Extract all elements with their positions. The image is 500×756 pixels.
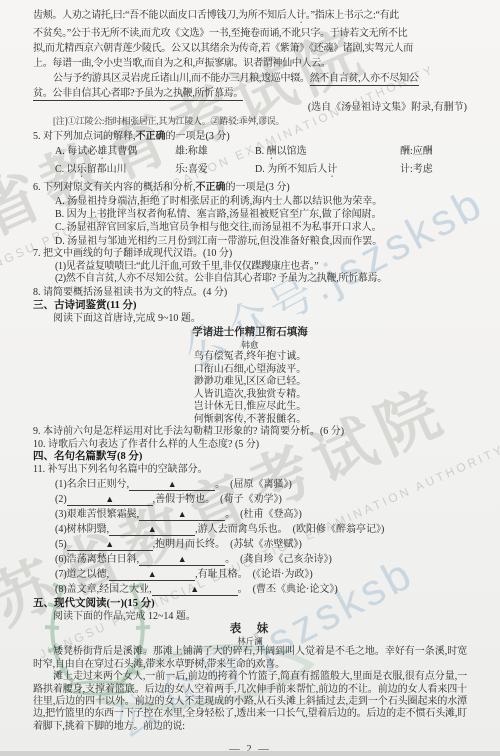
- blank-pre: (1)名余曰正则兮,: [55, 479, 129, 490]
- blank-row-6: (6)浩荡离愁白日斜,▲。(龚自珍《己亥杂诗》): [33, 552, 467, 567]
- option-c-gloss: 乐:喜爱: [175, 162, 255, 180]
- blank-post: ,抱明月而长终。: [153, 539, 226, 550]
- blank-post: 。: [215, 479, 225, 490]
- option-d-gloss: 计:考虑: [400, 162, 467, 180]
- blank-post: ,游人去而禽鸟乐也。: [195, 524, 288, 535]
- section-3-poetry: 三、古诗词鉴赏(11 分) 阅读下面这首唐诗,完成 9~10 题。 学诸进士作精…: [33, 299, 467, 451]
- passage-line: 贫。公非自信其心者耶?予虽为之执鞭,所忻慕焉。: [33, 86, 467, 101]
- classical-passage: 齿颊。人劝之请托,曰:“吾不能以面皮口舌博钱刀,为所不知后人计。”指床上书示之:…: [33, 8, 467, 129]
- blank-source: (苏轼《赤壁赋》): [230, 539, 302, 550]
- option-text: 留都山川: [87, 164, 127, 175]
- passage-text: 。”指床上书示之:“有此: [306, 10, 399, 21]
- question-6: 6. 下列对原文有关内容的概括和分析,不正确的一项是(3 分) A. 汤显祖持身…: [33, 180, 467, 248]
- passage-source: (选自《汤显祖诗文集》附录,有删节): [33, 101, 467, 114]
- story-title: 表 妹: [33, 623, 467, 636]
- emphasized-char: 计: [296, 10, 306, 21]
- blank-row-7: (7)道之以德,▲,有耻且格。(《论语·为政》): [33, 567, 467, 582]
- question-5-stem: 5. 对下列加点词的解释,不正确的一项是(3 分): [33, 129, 467, 144]
- poem-title: 学诸进士作精卫衔石填海: [33, 326, 467, 340]
- blank-row-5: (5)▲,抱明月而长终。(苏轼《赤壁赋》): [33, 537, 467, 552]
- question-number: 10.: [33, 439, 46, 450]
- translation-item-2: (2)然不自言贫,人亦不尽知公贫。公非自信其心者耶? 予虽为之执鞭,所忻慕焉。: [33, 273, 467, 286]
- blank-pre: (6)浩荡离愁白日斜,: [55, 554, 139, 565]
- stem-text: 对下列加点词的解释,: [43, 131, 136, 142]
- option-b: B. 酬以馆选: [255, 144, 400, 162]
- story-paragraph: 矮凳桥街背后是溪滩。那滩上铺满了大的碎石,开阔到叫人觉着是不毛之地。幸好有一条溪…: [33, 646, 467, 671]
- question-number: 11.: [33, 464, 45, 475]
- answer-blank: ▲: [139, 554, 225, 566]
- option-d: D. 为所不知后人计: [255, 162, 400, 180]
- stem-text: 本诗前六句是怎样运用对比手法勾勒精卫形象的? 请简要分析。(6 分): [43, 426, 344, 437]
- option-label: A.: [55, 146, 65, 157]
- question-6-stem: 6. 下列对原文有关内容的概括和分析,不正确的一项是(3 分): [33, 180, 467, 195]
- question-8: 8. 请简要概括汤显祖读书为文的特点。(4 分): [33, 286, 467, 299]
- story-paragraph: 滩上走过来两个女人,一前一后,前边的挎着个竹篮子,简直有摇篮般大,里面是衣服,很…: [33, 671, 467, 733]
- blank-post: 。: [225, 554, 235, 565]
- emphasized-char: 雄: [97, 146, 107, 157]
- question-number: 8.: [33, 287, 41, 298]
- blank-pre: (8)盖文章,经国之大业,: [55, 584, 152, 595]
- option-a: A. 汤显祖持身端洁,拒绝了时相张居正的利诱,海内士人都以结识他为荣幸。: [33, 195, 467, 208]
- stem-text: 把文中画线的句子翻译成现代汉语。(10 分): [43, 248, 232, 259]
- question-5: 5. 对下列加点词的解释,不正确的一项是(3 分) A. 每试必雄其曹偶 雄:称…: [33, 129, 467, 180]
- blank-triangle-icon: ▲: [178, 554, 187, 564]
- blank-pre: (3)艰难苦恨繁霜鬓,: [55, 509, 139, 520]
- blank-pre: (7)道之以德,: [55, 569, 109, 580]
- section-5-heading: 五、现代文阅读(一)(15 分): [33, 597, 467, 610]
- underlined-sentence: 贫。公非自信其心者耶?予虽为之执鞭,所忻慕焉。: [33, 88, 243, 101]
- option-b: B. 因为上书批评当权者徇私情、塞言路,汤显祖被贬官至广东,做了徐闻尉。: [33, 208, 467, 221]
- blank-pre: (2): [55, 494, 67, 505]
- stem-bold-text: 不正确: [136, 131, 166, 142]
- poem-line: 渺渺功难见,区区命已轻。: [33, 376, 467, 389]
- blank-source: (《论语·为政》): [253, 569, 313, 580]
- blank-post: 。: [225, 509, 235, 520]
- blank-row-1: (1)名余曰正则兮,▲。(屈原《离骚》): [33, 477, 467, 492]
- story-author: 林斤澜: [33, 636, 467, 647]
- answer-blank: ▲: [139, 509, 225, 521]
- section-3-heading: 三、古诗词鉴赏(11 分): [33, 299, 467, 313]
- blank-triangle-icon: ▲: [148, 569, 157, 579]
- question-number: 9.: [33, 426, 41, 437]
- q5-option-row: C. 以乐留都山川 乐:喜爱 D. 为所不知后人计 计:考虑: [33, 162, 467, 180]
- blank-triangle-icon: ▲: [190, 584, 199, 594]
- option-b-gloss: 酬:应酬: [400, 144, 467, 162]
- blank-row-2: (2)▲,善假于物也。(荀子《劝学》): [33, 492, 467, 507]
- blank-post: 。: [238, 584, 248, 595]
- blank-triangle-icon: ▲: [105, 539, 114, 549]
- blank-source: (龚自珍《己亥杂诗》): [240, 554, 332, 565]
- option-label: B.: [255, 146, 264, 157]
- blank-triangle-icon: ▲: [105, 494, 114, 504]
- blank-source: (屈原《离骚》): [230, 479, 292, 490]
- answer-blank: ▲: [67, 539, 153, 551]
- passage-text: 齿颊。人劝之请托,曰:“吾不能以面皮口舌博钱刀,为所不知后人: [33, 10, 296, 21]
- section-4-dictation: 四、名句名篇默写(8 分) 11. 补写出下列名句名篇中的空缺部分。 (1)名余…: [33, 451, 467, 598]
- answer-blank: ▲: [109, 524, 195, 536]
- blank-triangle-icon: ▲: [148, 524, 157, 534]
- section-5-intro: 阅读下面的作品,完成 12~14 题。: [33, 610, 467, 623]
- question-number: 5.: [33, 131, 41, 142]
- blank-source: (杜甫《登高》): [240, 509, 302, 520]
- option-label: C.: [55, 164, 64, 175]
- poem-line: 岂计休无日,惟应尽此生。: [33, 401, 467, 414]
- option-c: C. 以乐留都山川: [55, 162, 175, 180]
- passage-line: 不贫矣。”公于书无所不读,而尤攻《文选》一书,至掩卷而诵,不讹只字。于诗若文无所…: [33, 26, 467, 41]
- poem-line: 人皆讥造次,我独赏专精。: [33, 389, 467, 402]
- option-c: C. 汤显祖辞官回家后,当地官员争相与他交往,而汤显祖不为私事开口求人。: [33, 221, 467, 234]
- question-9: 9. 本诗前六句是怎样运用对比手法勾勒精卫形象的? 请简要分析。(6 分): [33, 426, 467, 439]
- blank-post: ,有耻且格。: [195, 569, 248, 580]
- q5-option-row: A. 每试必雄其曹偶 雄:称雄 B. 酬以馆选 酬:应酬: [33, 144, 467, 162]
- passage-line: 公与予约游具区灵岩虎丘诸山川,而不能办三月粮,逡巡中辍。然不自言贫,人亦不尽知公: [33, 71, 467, 86]
- stem-text: 请简要概括汤显祖读书为文的特点。(4 分): [43, 287, 227, 298]
- blank-row-8: (8)盖文章,经国之大业,▲。(曹丕《典论·论文》): [33, 582, 467, 597]
- answer-blank: ▲: [152, 584, 238, 596]
- blank-source: (欧阳修《醉翁亭记》): [293, 524, 385, 535]
- poem-line: 口衔山石细,心望海波平。: [33, 364, 467, 377]
- stem-text: 的一项是(3 分): [166, 131, 230, 142]
- option-a: A. 每试必雄其曹偶: [55, 144, 175, 162]
- question-11-stem: 11. 补写出下列名句名篇中的空缺部分。: [33, 463, 467, 477]
- translation-item-1: (1)见者益复啧啧曰:“此儿汗血,可致千里,非仅仅蹀躞康庄也者。”: [33, 261, 467, 274]
- section-5-modern-reading: 五、现代文阅读(一)(15 分) 阅读下面的作品,完成 12~14 题。 表 妹…: [33, 597, 467, 733]
- option-text: 其曹偶: [107, 146, 137, 157]
- option-text: 为所不知后人: [267, 164, 327, 175]
- blank-source: (曹丕《典论·论文》): [253, 584, 338, 595]
- answer-blank: ▲: [129, 479, 215, 491]
- blank-row-3: (3)艰难苦恨繁霜鬓,▲。(杜甫《登高》): [33, 507, 467, 522]
- poem-author: 韩愈: [33, 340, 467, 352]
- poem-line: 何惭刺客传,不著报雠名。: [33, 414, 467, 427]
- stem-text: 下列对原文有关内容的概括和分析,: [43, 182, 196, 193]
- passage-line: 拟,而尤精西京六朝青莲少陵氏。公又以其绪余为传奇,若《紫箫》《还魂》诸剧,实驾元…: [33, 41, 467, 56]
- option-label: D.: [255, 164, 265, 175]
- exam-paper-page: 江苏省教育考试院 江苏省教育考试院 JIANGSU PROVINCIAL EDU…: [0, 0, 500, 756]
- blank-post: ,善假于物也。: [153, 494, 216, 505]
- answer-blank: ▲: [67, 494, 153, 506]
- emphasized-char: 乐: [77, 164, 87, 175]
- emphasized-char: 酬: [267, 146, 277, 157]
- answer-blank: ▲: [109, 569, 195, 581]
- blank-row-4: (4)树林阴翳,▲,游人去而禽鸟乐也。(欧阳修《醉翁亭记》): [33, 522, 467, 537]
- question-7-stem: 7. 把文中画线的句子翻译成现代汉语。(10 分): [33, 248, 467, 261]
- option-a-gloss: 雄:称雄: [175, 144, 255, 162]
- blank-source: (荀子《劝学》): [220, 494, 282, 505]
- option-text: 每试必: [67, 146, 97, 157]
- page-content: 齿颊。人劝之请托,曰:“吾不能以面皮口舌博钱刀,为所不知后人计。”指床上书示之:…: [0, 0, 500, 755]
- passage-line: 上。每谱一曲,令小史当歌,而自为之和,声振寥廓。识者谓神仙中人云。: [33, 56, 467, 71]
- scan-bottom-edge: [0, 751, 500, 756]
- passage-line: 齿颊。人劝之请托,曰:“吾不能以面皮口舌博钱刀,为所不知后人计。”指床上书示之:…: [33, 8, 467, 26]
- option-d: D. 汤显祖与邹迪光相约三月份到江南一带游玩,但没准备好粮食,因而作罢。: [33, 235, 467, 248]
- underlined-sentence: 然不自言贫,人亦不尽知公: [310, 73, 419, 86]
- option-text: 以馆选: [277, 146, 307, 157]
- stem-bold-text: 不正确: [196, 182, 226, 193]
- stem-text: 补写出下列名句名篇中的空缺部分。: [48, 464, 208, 475]
- blank-triangle-icon: ▲: [168, 479, 177, 489]
- emphasized-char: 计: [327, 164, 337, 175]
- passage-note: [注]①江陵公:指时相张居正,其为江陵人。②踳驳:乖舛,谬误。: [33, 114, 467, 129]
- question-10: 10. 诗歌后六句表达了作者什么样的人生态度? (5 分): [33, 439, 467, 451]
- section-3-intro: 阅读下面这首唐诗,完成 9~10 题。: [33, 312, 467, 326]
- stem-text: 的一项是(3 分): [226, 182, 290, 193]
- passage-text: 公与予约游具区灵岩虎丘诸山川,而不能办三月粮,逡巡中辍。: [53, 73, 310, 84]
- question-7: 7. 把文中画线的句子翻译成现代汉语。(10 分) (1)见者益复啧啧曰:“此儿…: [33, 248, 467, 286]
- question-number: 6.: [33, 182, 41, 193]
- blank-pre: (4)树林阴翳,: [55, 524, 109, 535]
- option-text: 以: [67, 164, 77, 175]
- poem-line: 鸟有偿冤者,终年抱寸诚。: [33, 351, 467, 364]
- blank-triangle-icon: ▲: [178, 509, 187, 519]
- stem-text: 诗歌后六句表达了作者什么样的人生态度? (5 分): [48, 439, 259, 450]
- question-number: 7.: [33, 248, 41, 259]
- section-4-heading: 四、名句名篇默写(8 分): [33, 451, 467, 464]
- blank-pre: (5): [55, 539, 67, 550]
